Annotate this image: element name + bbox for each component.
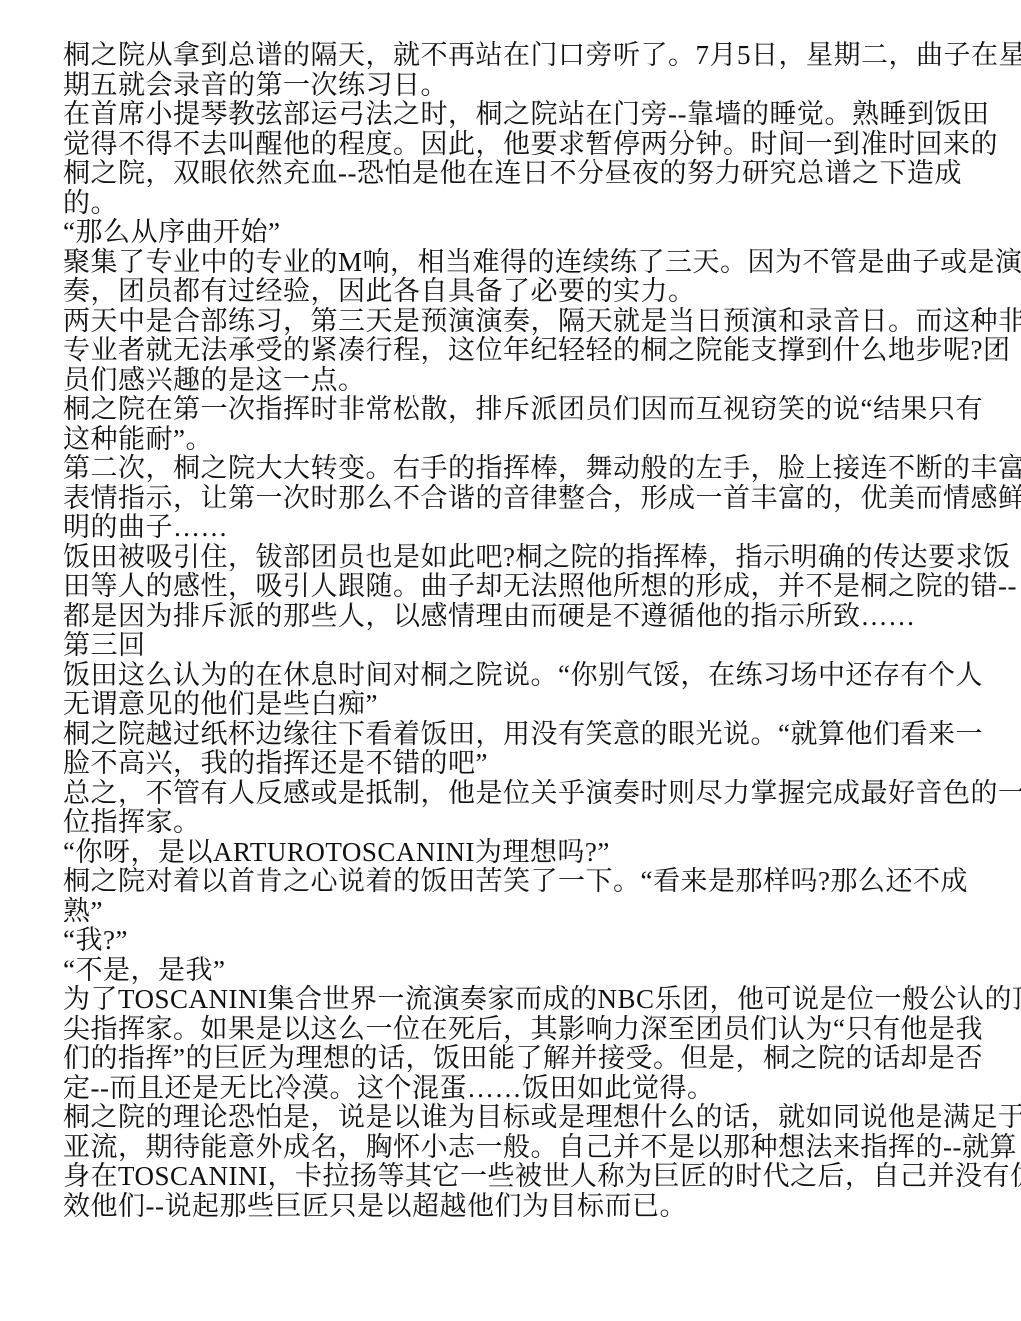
text-line: 桐之院从拿到总谱的隔天，就不再站在门口旁听了。7月5日，星期二，曲子在星: [63, 41, 963, 71]
text-line: 脸不高兴，我的指挥还是不错的吧”: [63, 749, 963, 779]
text-line: 们的指挥”的巨匠为理想的话，饭田能了解并接受。但是，桐之院的话却是否: [63, 1044, 963, 1074]
text-line: 两天中是合部练习，第三天是预演演奏，隔天就是当日预演和录音日。而这种非: [63, 307, 963, 337]
text-line: 定--而且还是无比冷漠。这个混蛋……饭田如此觉得。: [63, 1074, 963, 1104]
text-line: 总之，不管有人反感或是抵制，他是位关乎演奏时则尽力掌握完成最好音色的一: [63, 779, 963, 809]
text-line: 熟”: [63, 897, 963, 927]
text-line: 都是因为排斥派的那些人，以感情理由而硬是不遵循他的指示所致……: [63, 602, 963, 632]
text-line: 觉得不得不去叫醒他的程度。因此，他要求暂停两分钟。时间一到准时回来的: [63, 130, 963, 160]
text-line: 效他们--说起那些巨匠只是以超越他们为目标而已。: [63, 1192, 963, 1222]
text-line: 桐之院，双眼依然充血--恐怕是他在连日不分昼夜的努力研究总谱之下造成: [63, 159, 963, 189]
text-line: “不是，是我”: [63, 956, 963, 986]
novel-text-block: 桐之院从拿到总谱的隔天，就不再站在门口旁听了。7月5日，星期二，曲子在星期五就会…: [63, 41, 963, 1221]
text-line: 饭田被吸引住，钹部团员也是如此吧?桐之院的指挥棒，指示明确的传达要求饭: [63, 543, 963, 573]
text-line: 桐之院越过纸杯边缘往下看着饭田，用没有笑意的眼光说。“就算他们看来一: [63, 720, 963, 750]
text-line: 的。: [63, 189, 963, 219]
text-line: 聚集了专业中的专业的M响，相当难得的连续练了三天。因为不管是曲子或是演: [63, 248, 963, 278]
text-line: 尖指挥家。如果是以这么一位在死后，其影响力深至团员们认为“只有他是我: [63, 1015, 963, 1045]
text-line: 第二次，桐之院大大转变。右手的指挥棒，舞动般的左手，脸上接连不断的丰富: [63, 454, 963, 484]
text-line: 身在TOSCANINI，卡拉扬等其它一些被世人称为巨匠的时代之后，自己并没有仿: [63, 1162, 963, 1192]
text-line: 桐之院对着以首肯之心说着的饭田苦笑了一下。“看来是那样吗?那么还不成: [63, 867, 963, 897]
text-line: 亚流，期待能意外成名，胸怀小志一般。自己并不是以那种想法来指挥的--就算: [63, 1133, 963, 1163]
text-line: 桐之院在第一次指挥时非常松散，排斥派团员们因而互视窃笑的说“结果只有: [63, 395, 963, 425]
text-line: 奏，团员都有过经验，因此各自具备了必要的实力。: [63, 277, 963, 307]
text-line: 田等人的感性，吸引人跟随。曲子却无法照他所想的形成，并不是桐之院的错--: [63, 572, 963, 602]
text-line: “我?”: [63, 926, 963, 956]
text-line: 期五就会录音的第一次练习日。: [63, 71, 963, 101]
text-line: 在首席小提琴教弦部运弓法之时，桐之院站在门旁--靠墙的睡觉。熟睡到饭田: [63, 100, 963, 130]
text-line: 为了TOSCANINI集合世界一流演奏家而成的NBC乐团，他可说是位一般公认的顶: [63, 985, 963, 1015]
text-line: “那么从序曲开始”: [63, 218, 963, 248]
text-line: 无谓意见的他们是些白痴”: [63, 690, 963, 720]
document-page: 桐之院从拿到总谱的隔天，就不再站在门口旁听了。7月5日，星期二，曲子在星期五就会…: [0, 0, 1021, 1321]
text-line: 明的曲子……: [63, 513, 963, 543]
text-line: “你呀，是以ARTUROTOSCANINI为理想吗?”: [63, 838, 963, 868]
text-line: 位指挥家。: [63, 808, 963, 838]
text-line: 桐之院的理论恐怕是，说是以谁为目标或是理想什么的话，就如同说他是满足于: [63, 1103, 963, 1133]
text-line: 表情指示，让第一次时那么不合谐的音律整合，形成一首丰富的，优美而情感鲜: [63, 484, 963, 514]
text-line: 员们感兴趣的是这一点。: [63, 366, 963, 396]
text-line: 专业者就无法承受的紧凑行程，这位年纪轻轻的桐之院能支撑到什么地步呢?团: [63, 336, 963, 366]
text-line: 这种能耐”。: [63, 425, 963, 455]
text-line: 第三回: [63, 631, 963, 661]
text-line: 饭田这么认为的在休息时间对桐之院说。“你别气馁，在练习场中还存有个人: [63, 661, 963, 691]
